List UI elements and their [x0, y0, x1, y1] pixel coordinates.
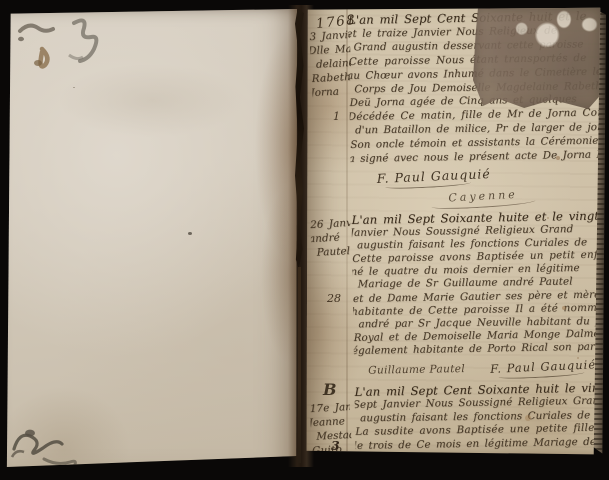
- witness-signature: Guillaume Pautel: [368, 363, 465, 377]
- foxing-specks-left: [188, 232, 192, 235]
- priest-signature: F. Paul Gauquié: [377, 166, 492, 190]
- margin-notes-entry-2: 26 JanvierandréPautel: [310, 217, 352, 261]
- margin-letter-b: B: [323, 380, 337, 399]
- stain-top-right: [473, 6, 601, 109]
- folio-number: 3: [331, 438, 340, 453]
- priest-signature: F. Paul Gauquié: [490, 357, 597, 380]
- entry-lines: L'an mil Sept Soixante huite et le vingt…: [351, 210, 603, 358]
- handwritten-line: Jorna: [310, 85, 351, 101]
- handwritten-line: Pautel: [316, 245, 352, 261]
- register-entry-baptism: L'an mil Sept Soixante huite et le vingt…: [351, 210, 604, 381]
- manuscript-book-scan: 1768 3 JanvierDlle MadelaineRabethJorna …: [0, 0, 609, 480]
- register-entry-baptism-2: L'an mil Sept Cent Soixante huit le ving…: [354, 382, 605, 453]
- margin-number-entry-1: 1: [333, 110, 340, 123]
- entry-lines: L'an mil Sept Cent Soixante huit le ving…: [354, 382, 605, 453]
- margin-column: 3 JanvierDlle MadelaineRabethJorna 1 26 …: [309, 6, 349, 458]
- binding-crease: [298, 267, 301, 463]
- foxing-specks-right: [556, 156, 560, 160]
- handwritten-line: a signé avec nous le présent acte De Jor…: [348, 149, 598, 167]
- signature-row: Guillaume Pautel F. Paul Gauquié: [354, 356, 604, 381]
- ink-flourish-bottom-left-icon: [8, 417, 98, 469]
- handwritten-line: delaine: [316, 57, 353, 73]
- left-page: [6, 9, 297, 467]
- entry-heading-flourish: Cayenne: [413, 186, 554, 211]
- binding-tear: [295, 8, 304, 270]
- ink-flourish-top-left-icon: [14, 15, 114, 75]
- margin-notes-entry-1: 3 JanvierDlle MadelaineRabethJorna: [309, 29, 353, 101]
- margin-number-entry-2: 28: [327, 292, 341, 305]
- right-page: 1768 3 JanvierDlle MadelaineRabethJorna …: [306, 6, 602, 458]
